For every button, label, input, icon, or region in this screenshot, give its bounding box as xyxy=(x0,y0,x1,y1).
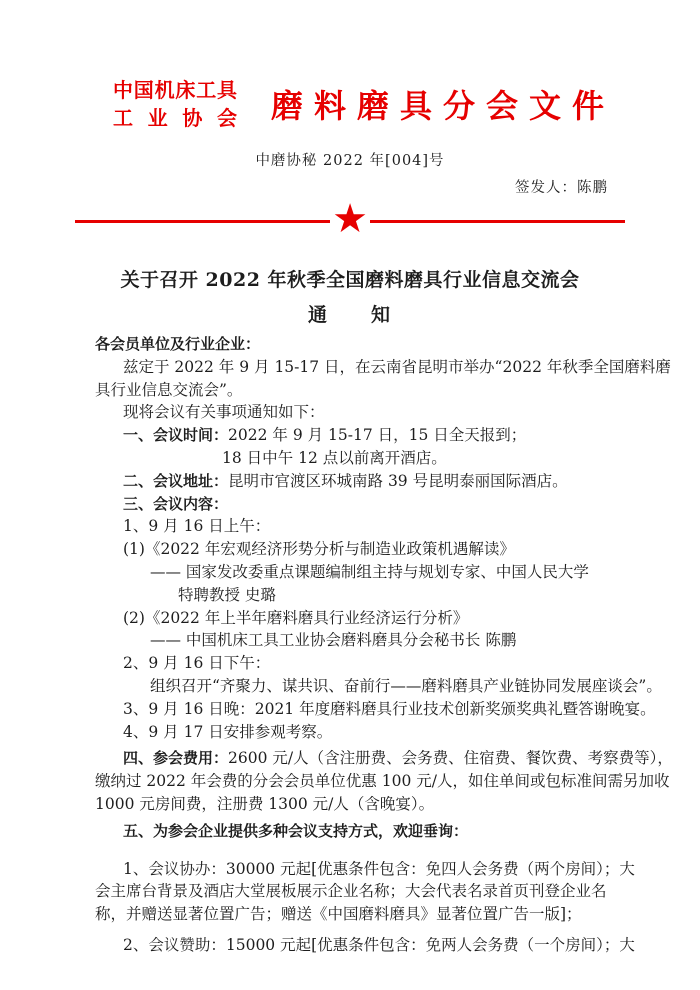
rule-right xyxy=(370,220,625,223)
agenda-item: (2)《2022 年上半年磨料磨具行业经济运行分析》 xyxy=(95,607,615,630)
notice-title: 关于召开 2022 年秋季全国磨料磨具行业信息交流会 xyxy=(0,265,700,292)
support-option: 2、会议赞助：15000 元起[优惠条件包含：免两人会务费（一个房间）；大 xyxy=(95,934,615,957)
rule-left xyxy=(75,220,330,223)
agenda-item: 1、9 月 16 日上午： xyxy=(95,515,615,538)
org-name-line2: 工业协会 xyxy=(113,104,237,132)
section-4-fee: 四、参会费用：2600 元/人（含注册费、会务费、住宿费、餐饮费、考察费等）， xyxy=(95,747,615,770)
org-name-line1: 中国机床工具 xyxy=(113,76,237,104)
notice-line: 具行业信息交流会”。 xyxy=(95,379,615,402)
speaker-line: —— 国家发改委重点课题编制组主持与规划专家、中国人民大学 xyxy=(95,561,615,584)
document-number: 中磨协秘 2022 年[004]号 xyxy=(0,149,700,170)
star-icon: ★ xyxy=(332,201,368,237)
section-2-address: 二、会议地址：昆明市官渡区环城南路 39 号昆明泰丽国际酒店。 xyxy=(95,470,615,493)
red-rule-divider: ★ xyxy=(75,203,625,239)
notice-line: 会主席台背景及酒店大堂展板展示企业名称；大会代表名录首页刊登企业名 xyxy=(95,880,615,903)
section-5-support: 五、为参会企业提供多种会议支持方式，欢迎垂询： xyxy=(95,820,615,843)
document-page: 中国机床工具 工业协会 磨料磨具分会文件 中磨协秘 2022 年[004]号 签… xyxy=(0,0,700,990)
notice-line: 1000 元房间费，注册费 1300 元/人（含晚宴）。 xyxy=(95,793,615,816)
speaker-name: 特聘教授 史璐 xyxy=(95,584,615,607)
org-name-block: 中国机床工具 工业协会 xyxy=(113,76,237,132)
notice-line: 称，并赠送显著位置广告；赠送《中国磨料磨具》显著位置广告一版]； xyxy=(95,903,615,926)
support-option: 1、会议协办：30000 元起[优惠条件包含：免四人会务费（两个房间）；大 xyxy=(95,858,615,881)
notice-subtitle: 通 知 xyxy=(0,300,700,327)
salutation-line: 各会员单位及行业企业： xyxy=(95,333,615,356)
agenda-detail: 组织召开“齐聚力、谋共识、奋前行——磨料磨具产业链协同发展座谈会”。 xyxy=(95,675,615,698)
issuer-line: 签发人：陈鹏 xyxy=(0,176,700,197)
section-3-content: 三、会议内容： xyxy=(95,493,615,516)
branch-document-title: 磨料磨具分会文件 xyxy=(271,81,615,127)
letterhead: 中国机床工具 工业协会 磨料磨具分会文件 xyxy=(0,0,700,132)
agenda-item: 2、9 月 16 日下午： xyxy=(95,652,615,675)
speaker-line: —— 中国机床工具工业协会磨料磨具分会秘书长 陈鹏 xyxy=(95,629,615,652)
notice-line: 现将会议有关事项通知如下： xyxy=(95,401,615,424)
section-1-time: 一、会议时间：2022 年 9 月 15-17 日，15 日全天报到； xyxy=(95,424,615,447)
agenda-item: (1)《2022 年宏观经济形势分析与制造业政策机遇解读》 xyxy=(95,538,615,561)
agenda-item: 3、9 月 16 日晚：2021 年度磨料磨具行业技术创新奖颁奖典礼暨答谢晚宴。 xyxy=(95,698,615,721)
notice-line: 18 日中午 12 点以前离开酒店。 xyxy=(95,447,615,470)
agenda-item: 4、9 月 17 日安排参观考察。 xyxy=(95,721,615,744)
notice-body: 各会员单位及行业企业： 兹定于 2022 年 9 月 15-17 日，在云南省昆… xyxy=(95,333,615,957)
notice-line: 兹定于 2022 年 9 月 15-17 日，在云南省昆明市举办“2022 年秋… xyxy=(95,356,615,379)
notice-line: 缴纳过 2022 年会费的分会会员单位优惠 100 元/人，如住单间或包标准间需… xyxy=(95,770,615,793)
